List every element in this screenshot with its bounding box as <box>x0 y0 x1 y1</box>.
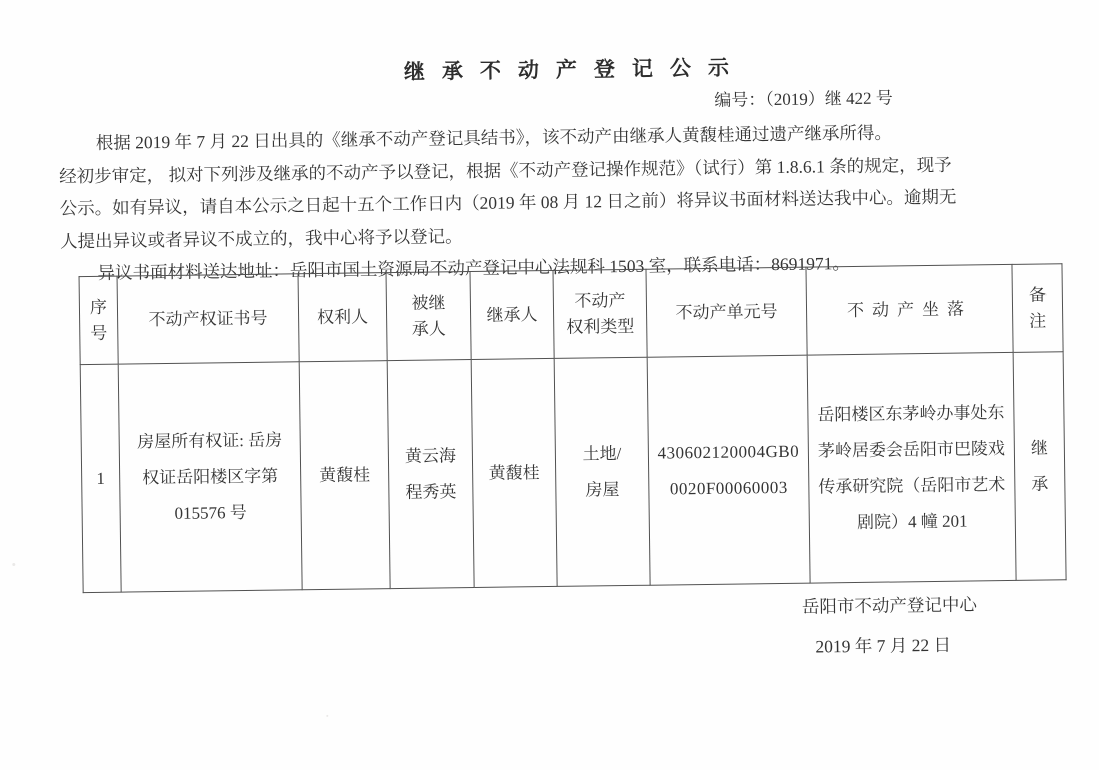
scan-speckle <box>326 715 328 717</box>
cell-right-type: 土地/ 房屋 <box>554 357 650 586</box>
signature-org: 岳阳市不动产登记中心 <box>802 591 977 618</box>
registration-table: 序 号 不动产权证书号 权利人 被继 承人 继承人 不动产 权利类型 不动产单元… <box>79 263 1067 593</box>
body-paragraphs: 根据 2019 年 7 月 22 日出具的《继承不动产登记具结书》，该不动产由继… <box>59 114 1056 290</box>
cell-unit-no: 430602120004GB0 0020F00060003 <box>647 355 810 585</box>
header-seq: 序 号 <box>79 276 118 364</box>
cell-cert-no: 房屋所有权证: 岳房 权证岳阳楼区字第 015576 号 <box>118 362 302 592</box>
scan-speckle <box>1045 293 1047 295</box>
header-decedent: 被继 承人 <box>386 272 471 361</box>
table-row: 1 房屋所有权证: 岳房 权证岳阳楼区字第 015576 号 黄馥桂 黄云海 程… <box>80 352 1066 593</box>
cell-right-holder: 黄馥桂 <box>299 361 390 590</box>
header-unit-no: 不动产单元号 <box>646 267 807 357</box>
document-sheet: 继承不动产登记公示 编号：（2019）继 422 号 根据 2019 年 7 月… <box>0 0 1099 770</box>
header-heir: 继承人 <box>470 270 554 359</box>
cell-remark: 继 承 <box>1013 352 1066 581</box>
cell-location: 岳阳楼区东茅岭办事处东 茅岭居委会岳阳市巴陵戏 传承研究院（岳阳市艺术 剧院）4… <box>807 352 1016 583</box>
cell-heir: 黄馥桂 <box>471 358 557 587</box>
signature-date: 2019 年 7 月 22 日 <box>815 632 951 659</box>
document-number: 编号：（2019）继 422 号 <box>714 83 893 110</box>
document-title: 继承不动产登记公示 <box>404 51 746 85</box>
cell-decedent: 黄云海 程秀英 <box>387 360 474 589</box>
header-right-holder: 权利人 <box>298 273 387 362</box>
header-right-type: 不动产 权利类型 <box>553 269 647 358</box>
header-cert-no: 不动产权证书号 <box>117 274 299 364</box>
header-location: 不动产坐落 <box>806 264 1013 355</box>
scan-speckle <box>12 563 15 566</box>
cell-seq: 1 <box>80 364 121 592</box>
header-remark: 备 注 <box>1012 264 1063 353</box>
table-header-row: 序 号 不动产权证书号 权利人 被继 承人 继承人 不动产 权利类型 不动产单元… <box>79 264 1063 365</box>
scanned-page: 继承不动产登记公示 编号：（2019）继 422 号 根据 2019 年 7 月… <box>0 0 1099 770</box>
